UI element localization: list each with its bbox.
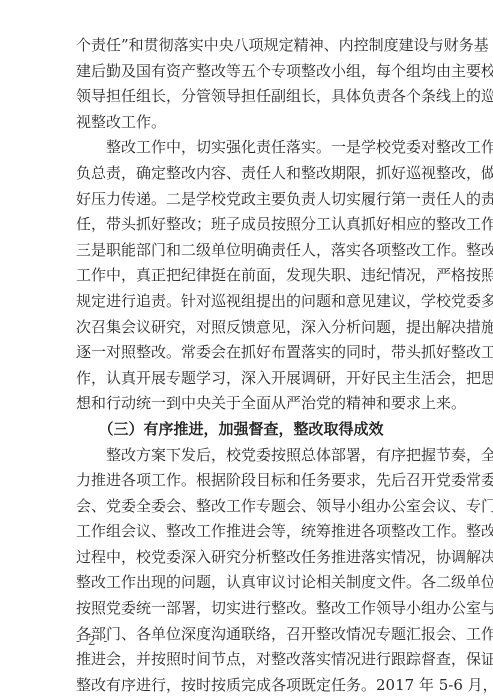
text-line: 负总责，确定整改内容、责任人和整改期限，抓好巡视整改，做	[76, 161, 420, 187]
text-line: 整改方案下发后，校党委按照总体部署，有序把握节奏，全	[76, 443, 420, 469]
text-line: 整改工作出现的问题，认真审议讨论相关制度文件。各二级单位	[76, 570, 420, 596]
text-line: 领导担任组长，分管领导担任副组长，具体负责各个条线上的巡	[76, 84, 420, 110]
text-line: 好压力传递。二是学校党政主要负责人切实履行第一责任人的责	[76, 187, 420, 213]
text-line: 各部门、各单位深度沟通联络，召开整改情况专题汇报会、工作	[76, 622, 420, 648]
text-line: 三是职能部门和二级单位明确责任人，落实各项整改工作。整改	[76, 238, 420, 264]
text-line: 建后勤及国有资产整改等五个专项整改小组，每个组均由主要校	[76, 59, 420, 85]
text-line: 想和行动统一到中央关于全面从严治党的精神和要求上来。	[76, 391, 420, 417]
text-line: 规定进行追责。针对巡视组提出的问题和意见建议，学校党委多	[76, 289, 420, 315]
text-line: 个责任”和贯彻落实中央八项规定精神、内控制度建设与财务基	[76, 33, 420, 59]
text-line: 会、党委全委会、整改工作专题会、领导小组办公室会议、专门	[76, 494, 420, 520]
text-line: 视整改工作。	[76, 110, 420, 136]
text-line: 逐一对照整改。常委会在抓好布置落实的同时，带头抓好整改工	[76, 340, 420, 366]
text-line: 整改工作中，切实强化责任落实。一是学校党委对整改工作	[76, 135, 420, 161]
text-line: 力推进各项工作。根据阶段目标和任务要求，先后召开党委常委	[76, 468, 420, 494]
text-line: 任，带头抓好整改；班子成员按照分工认真抓好相应的整改工作。	[76, 212, 420, 238]
document-page: 个责任”和贯彻落实中央八项规定精神、内控制度建设与财务基 建后勤及国有资产整改等…	[0, 0, 493, 697]
document-body: 个责任”和贯彻落实中央八项规定精神、内控制度建设与财务基 建后勤及国有资产整改等…	[76, 33, 420, 697]
text-line: 推进会，并按照时间节点，对整改落实情况进行跟踪督查，保证	[76, 647, 420, 673]
text-line: 作，认真开展专题学习，深入开展调研，开好民主生活会，把思	[76, 366, 420, 392]
text-line: 工作组会议、整改工作推进会等，统筹推进各项整改工作。整改	[76, 519, 420, 545]
text-line: 整改有序进行，按时按质完成各项既定任务。2017 年 5-6 月，学	[76, 673, 420, 697]
text-line: 次召集会议研究，对照反馈意见，深入分析问题，提出解决措施，	[76, 315, 420, 341]
text-line: 按照党委统一部署，切实进行整改。整改工作领导小组办公室与	[76, 596, 420, 622]
text-line: 工作中，真正把纪律挺在前面，发现失职、违纪情况，严格按照	[76, 263, 420, 289]
section-heading: （三）有序推进，加强督查，整改取得成效	[76, 417, 420, 443]
text-line: 过程中，校党委深入研究分析整改任务推进落实情况，协调解决	[76, 545, 420, 571]
page-number: - 2 -	[76, 634, 109, 648]
